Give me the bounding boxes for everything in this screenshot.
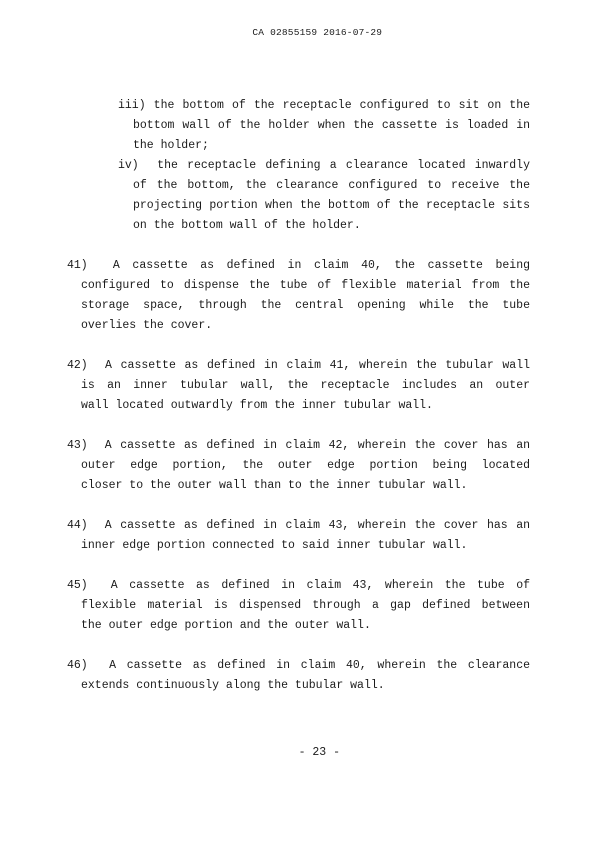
text-line: outer edge portion, the outer edge porti…: [81, 456, 530, 476]
text-line: wall located outwardly from the inner tu…: [81, 396, 530, 416]
text-line: 45) A cassette as defined in claim 43, w…: [67, 576, 530, 596]
text-line: is an inner tubular wall, the receptacle…: [81, 376, 530, 396]
claim-43: 43) A cassette as defined in claim 42, w…: [67, 436, 530, 496]
claim-42: 42) A cassette as defined in claim 41, w…: [67, 356, 530, 416]
text-line: 46) A cassette as defined in claim 40, w…: [67, 656, 530, 676]
doc-header: CA 02855159 2016-07-29: [0, 16, 611, 49]
text-line: storage space, through the central openi…: [81, 296, 530, 316]
claim-44: 44) A cassette as defined in claim 43, w…: [67, 516, 530, 556]
text-line: projecting portion when the bottom of th…: [133, 196, 530, 216]
text-line: 42) A cassette as defined in claim 41, w…: [67, 356, 530, 376]
text-line: inner edge portion connected to said inn…: [81, 536, 530, 556]
claims-body: iii) the bottom of the receptacle config…: [67, 96, 530, 696]
text-line: iii) the bottom of the receptacle config…: [118, 96, 530, 116]
text-line: 44) A cassette as defined in claim 43, w…: [67, 516, 530, 536]
text-line: 43) A cassette as defined in claim 42, w…: [67, 436, 530, 456]
doc-id-text: CA 02855159 2016-07-29: [252, 27, 382, 38]
subclause-iii: iii) the bottom of the receptacle config…: [67, 96, 530, 156]
claim-46: 46) A cassette as defined in claim 40, w…: [67, 656, 530, 696]
text-line: on the bottom wall of the holder.: [133, 216, 530, 236]
text-line: extends continuously along the tubular w…: [81, 676, 530, 696]
text-line: bottom wall of the holder when the casse…: [133, 116, 530, 136]
text-line: the holder;: [133, 136, 530, 156]
page-number: - 23 -: [299, 746, 340, 759]
claim-45: 45) A cassette as defined in claim 43, w…: [67, 576, 530, 636]
text-line: of the bottom, the clearance configured …: [133, 176, 530, 196]
page-container: CA 02855159 2016-07-29 iii) the bottom o…: [0, 0, 611, 864]
text-line: closer to the outer wall than to the inn…: [81, 476, 530, 496]
text-line: configured to dispense the tube of flexi…: [81, 276, 530, 296]
text-line: iv) the receptacle defining a clearance …: [118, 156, 530, 176]
text-line: 41) A cassette as defined in claim 40, t…: [67, 256, 530, 276]
text-line: flexible material is dispensed through a…: [81, 596, 530, 616]
text-line: the outer edge portion and the outer wal…: [81, 616, 530, 636]
claim-41: 41) A cassette as defined in claim 40, t…: [67, 256, 530, 336]
subclause-iv: iv) the receptacle defining a clearance …: [67, 156, 530, 236]
text-line: overlies the cover.: [81, 316, 530, 336]
page-footer: - 23 -: [0, 733, 611, 772]
